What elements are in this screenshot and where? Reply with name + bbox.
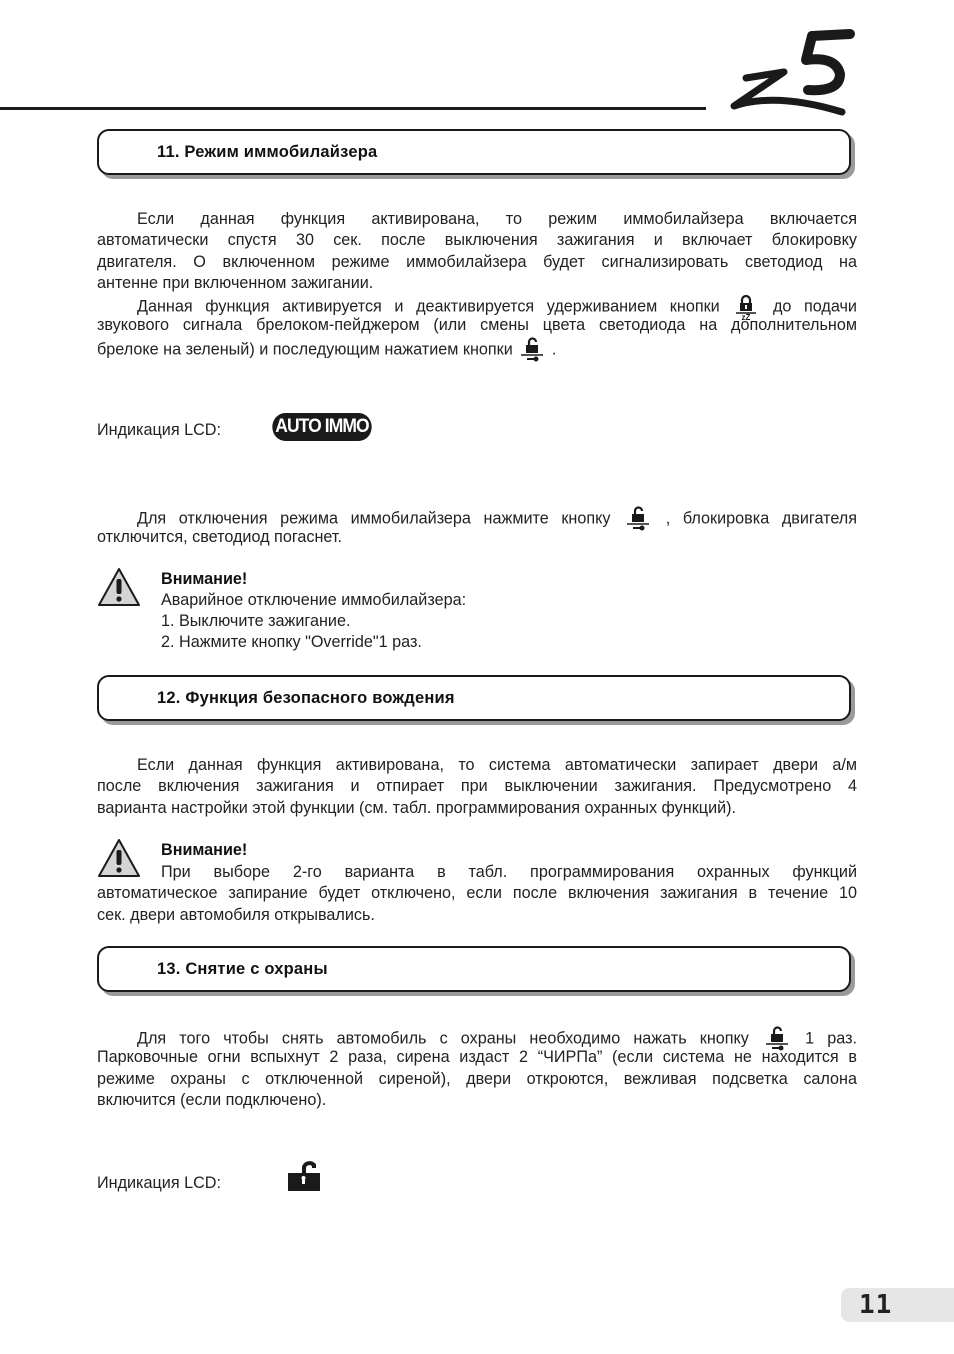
page-number-box: 11 <box>841 1288 954 1322</box>
text-line: , блокировка двигателя <box>666 509 857 527</box>
text-line: Для отключения режима иммобилайзера нажм… <box>137 509 611 527</box>
text-line: Данная функция активируется и деактивиру… <box>137 297 720 315</box>
text-line: При выборе 2-го варианта в табл. програм… <box>97 862 857 883</box>
text-line: до подачи <box>773 297 857 315</box>
text-line: Для того чтобы снять автомобиль с охраны… <box>137 1029 749 1047</box>
lcd-indication-label: Индикация LCD: <box>97 421 221 440</box>
text-line: варианта настройки этой функции (см. таб… <box>97 798 857 819</box>
header-rule <box>0 107 706 110</box>
text-line: включится (если подключено). <box>97 1090 857 1111</box>
text-line: . <box>552 340 557 358</box>
warning-title: Внимание! <box>161 841 247 860</box>
text-line: 1 раз. <box>805 1029 857 1047</box>
section-title: 13. Снятие с охраны <box>157 960 328 979</box>
warning-title: Внимание! <box>161 570 247 589</box>
text-line: Если данная функция активирована, то реж… <box>137 210 857 228</box>
section-header-12: 12. Функция безопасного вождения <box>97 675 851 721</box>
section-title: 12. Функция безопасного вождения <box>157 689 455 708</box>
z5-logo-icon <box>716 26 856 118</box>
disarm-paragraph: Для того чтобы снять автомобиль с охраны… <box>97 1026 857 1111</box>
text-line: брелоке на зеленый) и последующим нажати… <box>97 340 513 358</box>
safe-driving-paragraph: Если данная функция активирована, то сис… <box>97 755 857 819</box>
immo-intro-paragraph: Если данная функция активирована, то реж… <box>97 209 857 294</box>
text-line: двигателя. О включенном режиме иммобилай… <box>97 252 857 273</box>
text-line: режиме охраны с отключенной сиреной), дв… <box>97 1069 857 1090</box>
lcd-auto-immo-badge: AUTO IMMO <box>272 413 371 441</box>
section-header-13: 13. Снятие с охраны <box>97 946 851 992</box>
text-line: Если данная функция активирована, то сис… <box>137 756 857 774</box>
text-line: после включения зажигания и отпирает при… <box>97 776 857 797</box>
safe-driving-warning-text: При выборе 2-го варианта в табл. програм… <box>97 862 857 926</box>
page-number: 11 <box>859 1290 892 1320</box>
text-line: сек. двери автомобиля открывались. <box>97 905 857 926</box>
warning-step: 2. Нажмите кнопку "Override"1 раз. <box>161 633 422 652</box>
warning-icon <box>97 567 141 607</box>
unlock-key-button-icon <box>520 337 544 363</box>
lcd-unlock-icon <box>285 1157 321 1193</box>
text-line: Парковочные огни вспыхнут 2 раза, сирена… <box>97 1047 857 1068</box>
immo-disable-paragraph: Для отключения режима иммобилайзера нажм… <box>97 506 857 549</box>
lcd-indication-label: Индикация LCD: <box>97 1174 221 1193</box>
warning-line: Аварийное отключение иммобилайзера: <box>161 591 466 610</box>
text-line: автоматическое запирание будет отключено… <box>97 883 857 904</box>
text-line: автоматически спустя 30 сек. после выклю… <box>97 230 857 251</box>
text-line: отключится, светодиод погаснет. <box>97 527 857 548</box>
text-line: антенне при включенном зажигании. <box>97 273 857 294</box>
section-header-11: 11. Режим иммобилайзера <box>97 129 851 175</box>
unlock-key-button-icon <box>626 506 650 532</box>
warning-step: 1. Выключите зажигание. <box>161 612 350 631</box>
text-line: звукового сигнала брелоком-пейджером (ил… <box>97 315 857 336</box>
section-title: 11. Режим иммобилайзера <box>157 143 377 162</box>
immo-activation-paragraph: Данная функция активируется и деактивиру… <box>97 294 857 358</box>
